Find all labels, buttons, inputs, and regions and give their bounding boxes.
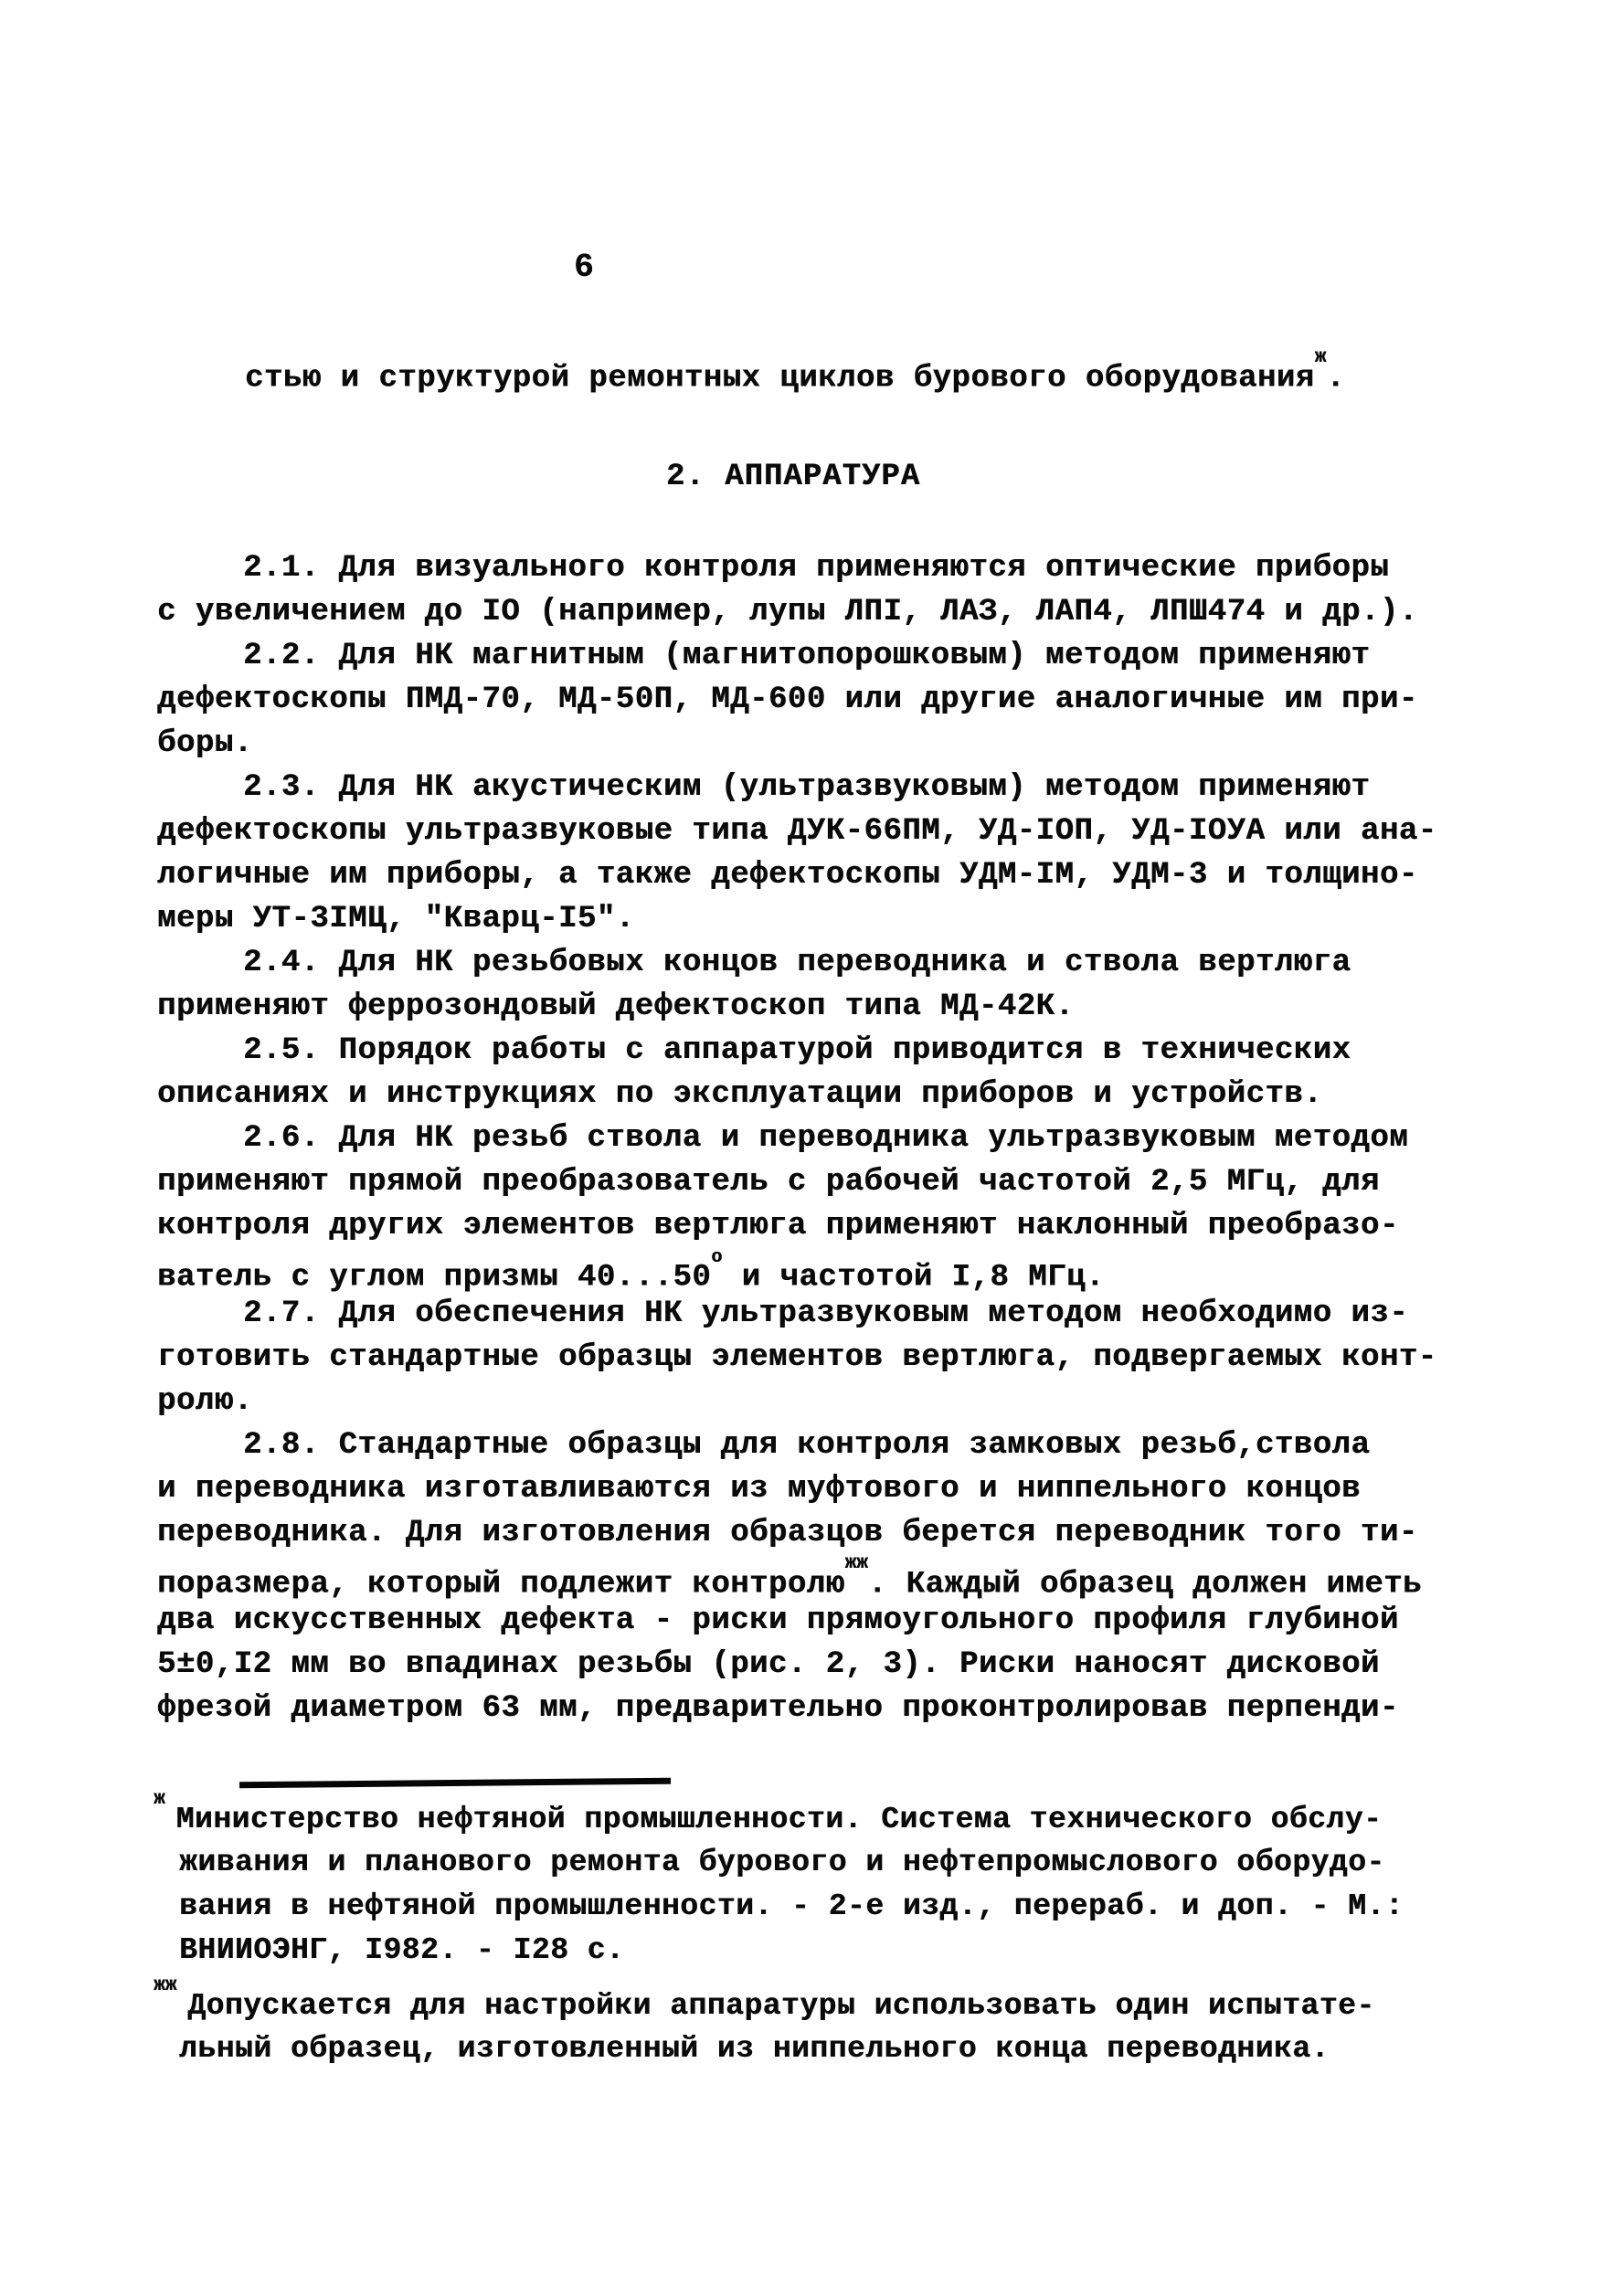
line-segment: и частотой I,8 МГц.: [723, 1260, 1105, 1295]
page-number: 6: [574, 249, 594, 286]
text-line: 2.2. Для НК магнитным (магнитопорошковым…: [157, 638, 1370, 674]
footnote-ref-2-marker: жж: [845, 1553, 868, 1574]
footnote-line: живания и планового ремонта бурового и н…: [179, 1846, 1385, 1879]
intro-text: стью и структурой ремонтных циклов буров…: [245, 361, 1315, 396]
footnote-line: ВНИИОЭНГ, I982. - I28 с.: [179, 1933, 624, 1967]
text-line: ватель с углом призмы 40...50о и частото…: [157, 1252, 1105, 1296]
footnote-1-marker: ж: [154, 1789, 165, 1810]
text-line: и переводника изготавливаются из муфтово…: [157, 1471, 1361, 1508]
footnote-text: Допускается для настройки аппаратуры исп…: [187, 1989, 1374, 2023]
line-segment: поразмера, который подлежит контролю: [157, 1567, 845, 1602]
text-line: 2.1. Для визуального контроля применяютс…: [157, 550, 1389, 587]
degree-superscript: о: [711, 1247, 723, 1268]
line-segment: ватель с углом призмы 40...50: [157, 1260, 711, 1295]
text-line: логичные им приборы, а также дефектоскоп…: [157, 857, 1418, 894]
text-line: 2.3. Для НК акустическим (ультразвуковым…: [157, 769, 1370, 806]
text-line: дефектоскопы ультразвуковые типа ДУК-66П…: [157, 813, 1437, 850]
footnote-divider: [239, 1778, 671, 1789]
text-line: 2.7. Для обеспечения НК ультразвуковым м…: [157, 1296, 1408, 1332]
footnote-line: жжДопускается для настройки аппаратуры и…: [154, 1988, 1375, 2023]
document-page: 6 стью и структурой ремонтных циклов бур…: [0, 0, 1611, 2296]
text-line: применяют феррозондовый дефектоскоп типа…: [157, 989, 1074, 1025]
text-line: 2.6. Для НК резьб ствола и переводника у…: [157, 1120, 1408, 1157]
intro-continuation-line: стью и структурой ремонтных циклов буров…: [245, 353, 1345, 397]
text-line: 2.5. Порядок работы с аппаратурой привод…: [157, 1032, 1351, 1069]
text-line: применяют прямой преобразователь с рабоч…: [157, 1164, 1380, 1201]
text-line: дефектоскопы ПМД-70, МД-50П, МД-600 или …: [157, 682, 1418, 718]
text-line: два искусственных дефекта - риски прямоу…: [157, 1603, 1399, 1639]
text-line: боры.: [157, 725, 253, 762]
text-line: 2.8. Стандартные образцы для контроля за…: [157, 1427, 1370, 1464]
text-line: поразмера, который подлежит контролюжж. …: [157, 1559, 1422, 1603]
text-line: 2.4. Для НК резьбовых концов переводника…: [157, 945, 1351, 981]
text-line: готовить стандартные образцы элементов в…: [157, 1339, 1437, 1376]
text-line: переводника. Для изготовления образцов б…: [157, 1515, 1418, 1551]
text-line: описаниях и инструкциях по эксплуатации …: [157, 1076, 1322, 1113]
text-line: с увеличением до IО (например, лупы ЛПI,…: [157, 594, 1418, 630]
text-line: меры УТ-3IМЦ, "Кварц-I5".: [157, 901, 635, 937]
intro-text-after: .: [1326, 361, 1345, 396]
footnote-line: вания в нефтяной промышленности. - 2-е и…: [179, 1889, 1404, 1923]
line-segment: . Каждый образец должен иметь: [868, 1567, 1422, 1602]
footnote-line: льный образец, изготовленный из ниппельн…: [179, 2032, 1330, 2066]
text-line: контроля других элементов вертлюга приме…: [157, 1208, 1399, 1244]
footnote-2-marker: жж: [154, 1975, 176, 1996]
text-line: ролю.: [157, 1383, 253, 1420]
section-heading: 2. АППАРАТУРА: [157, 460, 1429, 494]
footnote-line: жМинистерство нефтяной промышленности. С…: [154, 1802, 1382, 1836]
text-line: 5±0,I2 мм во впадинах резьбы (рис. 2, 3)…: [157, 1646, 1380, 1683]
footnote-text: Министерство нефтяной промышленности. Си…: [176, 1803, 1383, 1836]
text-line: фрезой диаметром 63 мм, предварительно п…: [157, 1690, 1399, 1727]
footnote-ref-1-marker: ж: [1315, 347, 1327, 368]
